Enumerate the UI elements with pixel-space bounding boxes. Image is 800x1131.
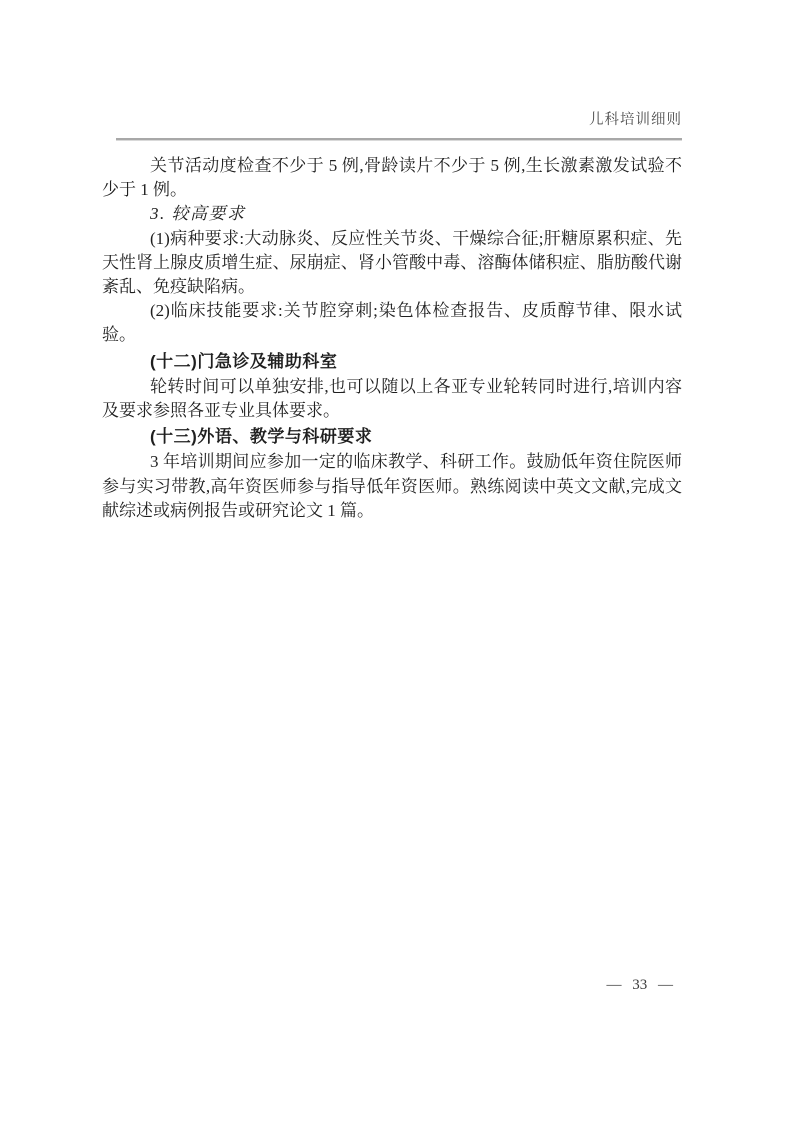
paragraph-rotation-arrangement: 轮转时间可以单独安排,也可以随以上各亚专业轮转同时进行,培训内容及要求参照各亚专… [102, 375, 682, 423]
page-number: — 33 — [102, 975, 673, 995]
document-page: 儿科培训细则 关节活动度检查不少于 5 例,骨龄读片不少于 5 例,生长激素激发… [0, 0, 800, 1131]
subheading-higher-requirements: 3. 较高要求 [102, 202, 682, 226]
section-heading-outpatient-emergency-auxiliary: (十二)门急诊及辅助科室 [102, 350, 682, 374]
section-heading-language-teaching-research: (十三)外语、教学与科研要求 [102, 425, 682, 449]
paragraph-clinical-skill-requirements: (2)临床技能要求:关节腔穿刺;染色体检查报告、皮质醇节律、限水试验。 [102, 299, 682, 347]
paragraph-joint-exam-requirements: 关节活动度检查不少于 5 例,骨龄读片不少于 5 例,生长激素激发试验不少于 1… [102, 154, 682, 202]
running-header-title: 儿科培训细则 [102, 110, 682, 130]
paragraph-disease-requirements: (1)病种要求:大动脉炎、反应性关节炎、干燥综合征;肝糖原累积症、先天性肾上腺皮… [102, 227, 682, 300]
page-body-text: 关节活动度检查不少于 5 例,骨龄读片不少于 5 例,生长激素激发试验不少于 1… [102, 154, 682, 523]
header-rule-divider [116, 138, 682, 141]
paragraph-teaching-research-requirements: 3 年培训期间应参加一定的临床教学、科研工作。鼓励低年资住院医师参与实习带教,高… [102, 450, 682, 523]
